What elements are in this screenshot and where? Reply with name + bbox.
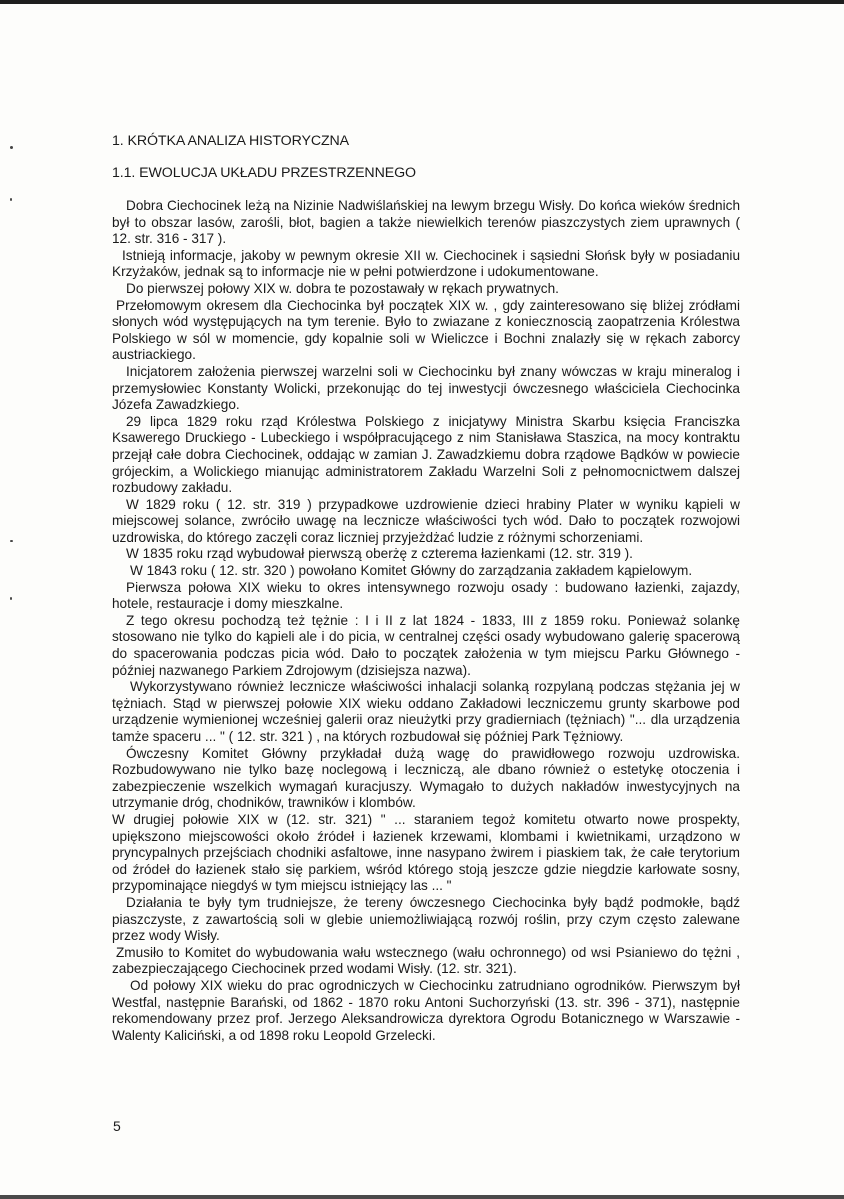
margin-dot-mark	[10, 597, 12, 600]
paragraph: W 1843 roku ( 12. str. 320 ) powołano Ko…	[112, 563, 740, 580]
section-heading: 1.1. EWOLUCJA UKŁADU PRZESTRZENNEGO	[112, 164, 740, 182]
paragraph: 29 lipca 1829 roku rząd Królestwa Polski…	[112, 414, 740, 497]
page-number: 5	[113, 1118, 121, 1134]
scan-bottom-edge	[0, 1195, 844, 1199]
margin-dot-mark	[10, 540, 13, 542]
paragraph: Zmusiło to Komitet do wybudowania wału w…	[112, 945, 740, 978]
document-body: 1. KRÓTKA ANALIZA HISTORYCZNA 1.1. EWOLU…	[112, 132, 740, 1044]
paragraph: W 1829 roku ( 12. str. 319 ) przypadkowe…	[112, 497, 740, 547]
chapter-heading: 1. KRÓTKA ANALIZA HISTORYCZNA	[112, 132, 740, 150]
paragraph: W 1835 roku rząd wybudował pierwszą ober…	[112, 546, 740, 563]
paragraph: Ówczesny Komitet Główny przykładał dużą …	[112, 746, 740, 812]
paragraph: Od połowy XIX wieku do prac ogrodniczych…	[112, 978, 740, 1044]
paragraph: Do pierwszej połowy XIX w. dobra te pozo…	[112, 281, 740, 298]
paragraph: Istnieją informacje, jakoby w pewnym okr…	[112, 248, 740, 281]
document-page: 1. KRÓTKA ANALIZA HISTORYCZNA 1.1. EWOLU…	[0, 4, 844, 1195]
margin-dot-mark	[10, 198, 12, 201]
paragraph: Wykorzystywano również lecznicze właściw…	[112, 679, 740, 745]
paragraph: Z tego okresu pochodzą też tężnie : I i …	[112, 613, 740, 679]
paragraph: W drugiej połowie XIX w (12. str. 321) "…	[112, 812, 740, 895]
paragraph: Przełomowym okresem dla Ciechocinka był …	[112, 298, 740, 364]
paragraph: Działania te były tym trudniejsze, że te…	[112, 895, 740, 945]
paragraph: Dobra Ciechocinek leżą na Nizinie Nadwiś…	[112, 198, 740, 248]
paragraph: Inicjatorem założenia pierwszej warzelni…	[112, 364, 740, 414]
margin-dot-mark	[10, 146, 13, 149]
paragraph: Pierwsza połowa XIX wieku to okres inten…	[112, 580, 740, 613]
